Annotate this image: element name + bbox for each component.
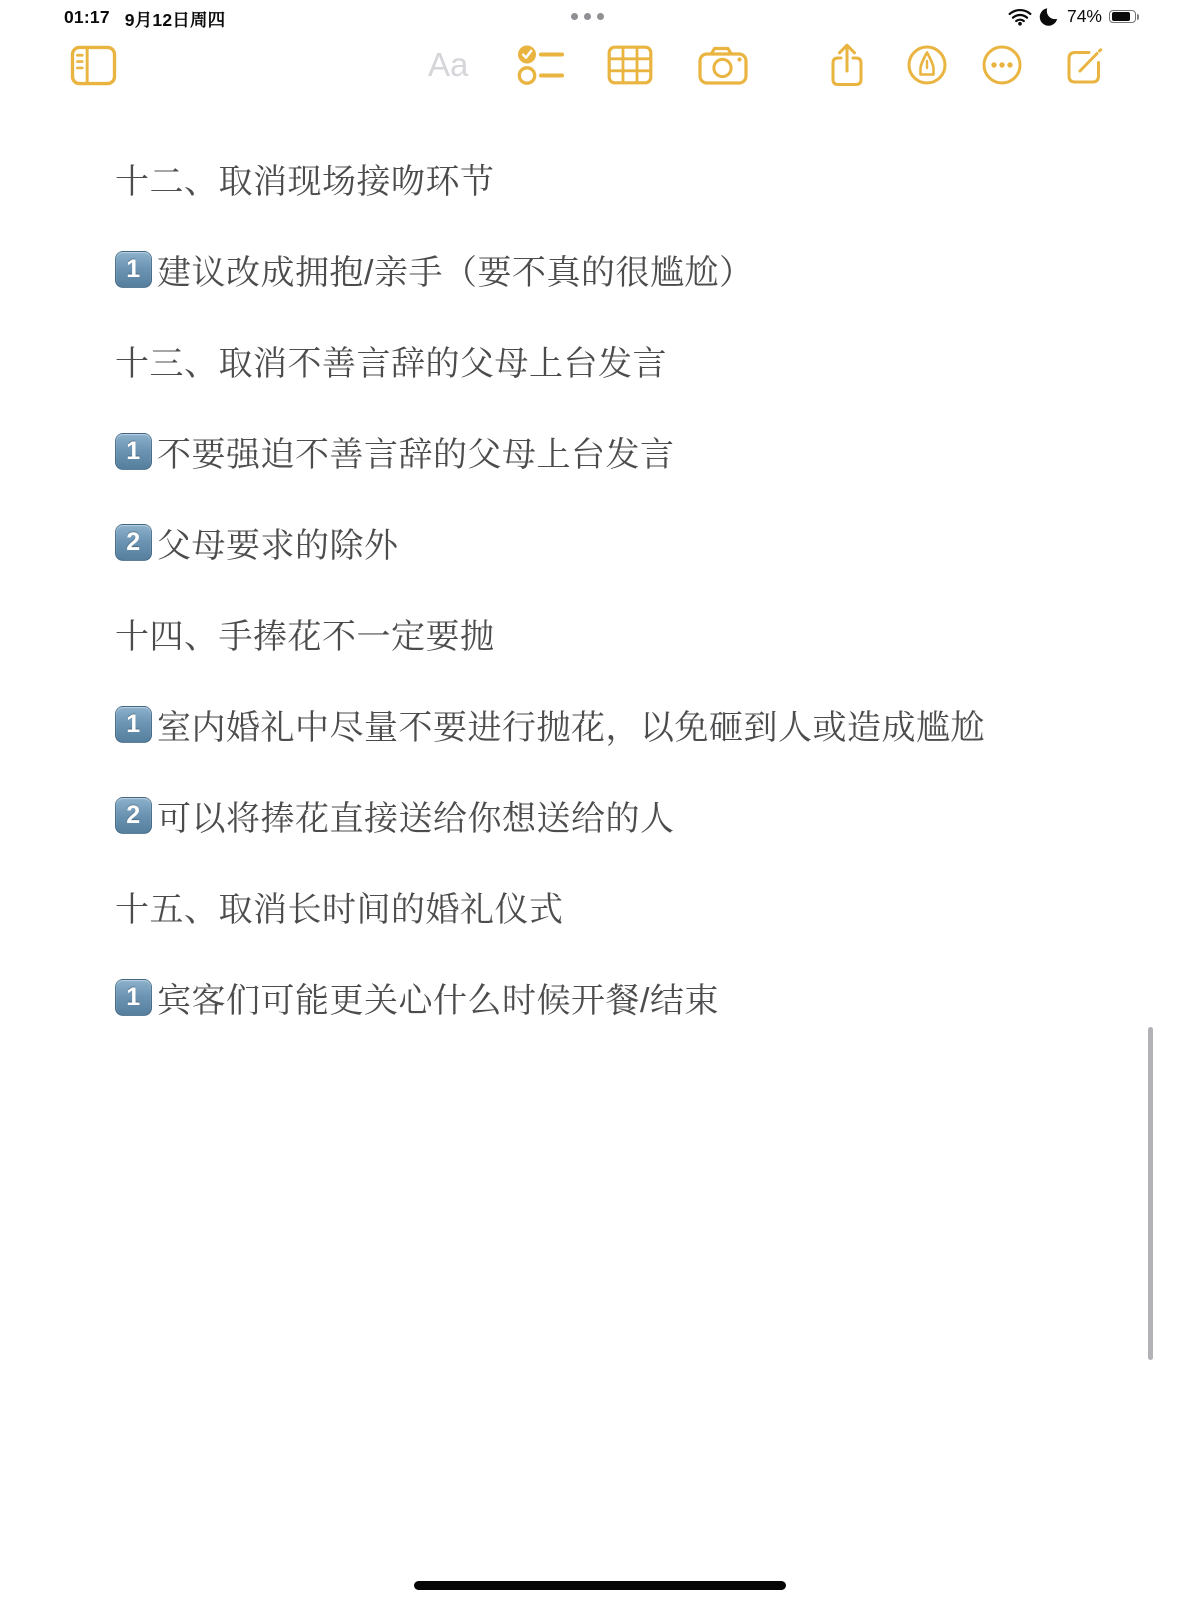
note-heading: 十二、取消现场接吻环节 <box>115 158 1130 198</box>
home-indicator[interactable] <box>414 1581 786 1590</box>
table-icon <box>607 45 653 85</box>
checklist-button[interactable] <box>517 38 565 92</box>
keycap-1-emoji: 1 <box>115 979 152 1016</box>
wifi-icon <box>1008 8 1032 26</box>
note-item: 1 建议改成拥抱/亲手（要不真的很尴尬） <box>115 249 1130 289</box>
note-item: 1 不要强迫不善言辞的父母上台发言 <box>115 431 1130 471</box>
item-text: 宾客们可能更关心什么时候开餐/结束 <box>157 973 719 1022</box>
camera-button[interactable] <box>698 38 748 92</box>
status-time: 01:17 <box>64 7 110 32</box>
format-aa-label: Aa <box>428 46 468 84</box>
battery-icon <box>1109 10 1136 24</box>
item-text: 室内婚礼中尽量不要进行抛花，以免砸到人或造成尴尬 <box>157 700 985 749</box>
battery-percent: 74% <box>1067 6 1102 27</box>
keycap-1-emoji: 1 <box>115 706 152 743</box>
moon-dnd-icon <box>1039 6 1060 27</box>
compose-icon <box>1062 43 1107 88</box>
checklist-icon <box>517 44 565 86</box>
camera-icon <box>698 45 748 85</box>
heading-text: 十三、取消不善言辞的父母上台发言 <box>115 336 667 385</box>
notes-toolbar: Aa <box>0 38 1200 92</box>
markup-button[interactable] <box>906 38 948 92</box>
more-ellipsis-icon <box>981 44 1023 86</box>
multitasking-dots-icon <box>571 13 604 20</box>
note-content[interactable]: 十二、取消现场接吻环节 1 建议改成拥抱/亲手（要不真的很尴尬） 十三、取消不善… <box>115 158 1130 1068</box>
status-date: 9月12日周四 <box>125 7 226 32</box>
sidebar-icon <box>70 45 117 86</box>
note-heading: 十三、取消不善言辞的父母上台发言 <box>115 340 1130 380</box>
note-item: 1 室内婚礼中尽量不要进行抛花，以免砸到人或造成尴尬 <box>115 704 1130 744</box>
note-item: 2 可以将捧花直接送给你想送给的人 <box>115 795 1130 835</box>
markup-pen-icon <box>906 44 948 86</box>
item-text: 父母要求的除外 <box>157 518 399 567</box>
keycap-2-emoji: 2 <box>115 524 152 561</box>
note-item: 1 宾客们可能更关心什么时候开餐/结束 <box>115 977 1130 1017</box>
item-text: 建议改成拥抱/亲手（要不真的很尴尬） <box>157 245 753 294</box>
more-button[interactable] <box>981 38 1023 92</box>
share-button[interactable] <box>829 38 865 92</box>
item-text: 不要强迫不善言辞的父母上台发言 <box>157 427 675 476</box>
note-item: 2 父母要求的除外 <box>115 522 1130 562</box>
notes-app-screen: 01:17 9月12日周四 7 <box>0 0 1200 1600</box>
item-text: 可以将捧花直接送给你想送给的人 <box>157 791 675 840</box>
sidebar-toggle-button[interactable] <box>70 38 117 92</box>
text-format-button[interactable]: Aa <box>428 38 468 92</box>
heading-text: 十四、手捧花不一定要抛 <box>115 609 495 658</box>
table-button[interactable] <box>607 38 653 92</box>
keycap-1-emoji: 1 <box>115 433 152 470</box>
keycap-2-emoji: 2 <box>115 797 152 834</box>
heading-text: 十二、取消现场接吻环节 <box>115 154 495 203</box>
compose-button[interactable] <box>1062 38 1107 92</box>
note-heading: 十四、手捧花不一定要抛 <box>115 613 1130 653</box>
scrollbar-thumb[interactable] <box>1148 1027 1153 1360</box>
status-bar: 01:17 9月12日周四 7 <box>0 0 1200 34</box>
keycap-1-emoji: 1 <box>115 251 152 288</box>
heading-text: 十五、取消长时间的婚礼仪式 <box>115 882 564 931</box>
note-heading: 十五、取消长时间的婚礼仪式 <box>115 886 1130 926</box>
share-icon <box>829 42 865 88</box>
